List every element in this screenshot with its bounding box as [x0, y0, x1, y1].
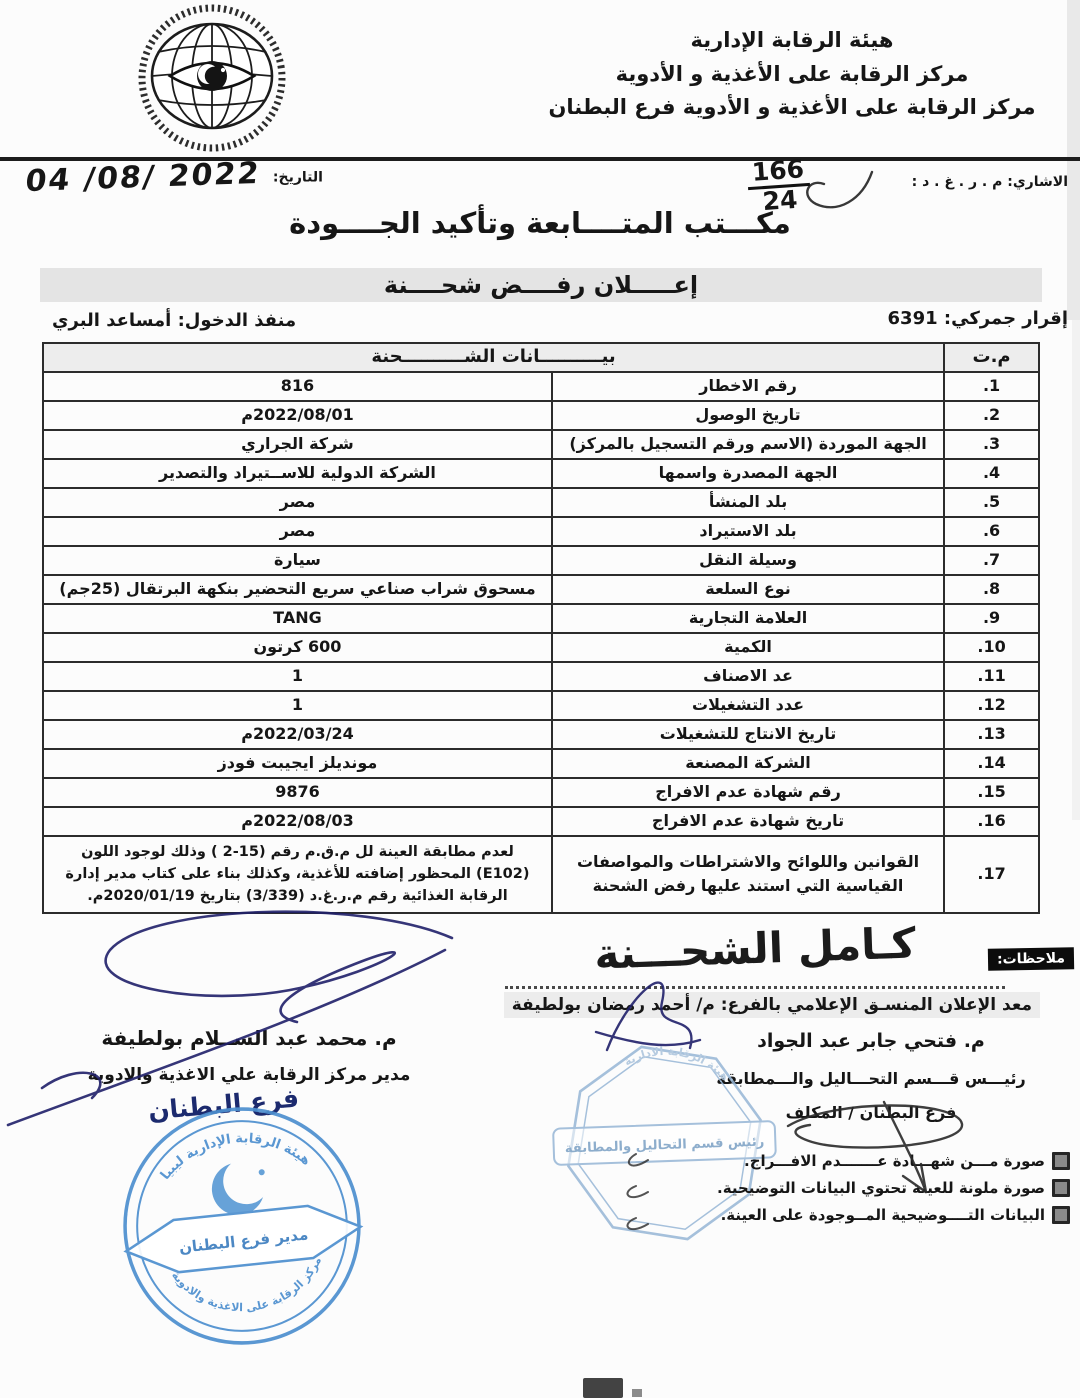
row-label: الجهة الموردة (الاسم ورقم التسجيل بالمرك…	[552, 430, 944, 459]
attachments-list: صورة مـــن شهـــادة عـــــــدم الافـــرا…	[600, 1152, 1070, 1233]
row-label: الشركة المصنعة	[552, 749, 944, 778]
row-index: 11.	[944, 662, 1039, 691]
table-row: 8. نوع السلعة مسحوق شراب صناعي سريع التح…	[43, 575, 1039, 604]
entry-port-value: أمساعد البري	[52, 310, 171, 331]
org-name-line-2: مركز الرقابة على الأغذية و الأدوية	[522, 62, 1062, 86]
row-label: تاريخ الانتاج للتشغيلات	[552, 720, 944, 749]
date-value-handwritten: 2022 /08/ 04	[24, 156, 263, 199]
row-value: مصر	[43, 517, 552, 546]
reference-number-top: 166	[746, 156, 810, 191]
director-title: مدير مركز الرقابة علي الاغذية والادوية	[58, 1065, 440, 1085]
row-index: 12.	[944, 691, 1039, 720]
octagon-stamp: هيئة الرقابة الادارية رئيس قسم التحاليل …	[516, 1011, 811, 1281]
row-index: 6.	[944, 517, 1039, 546]
table-row: 5. بلد المنشأ مصر	[43, 488, 1039, 517]
row-index: 3.	[944, 430, 1039, 459]
row-index: 5.	[944, 488, 1039, 517]
customs-declaration: إقرار جمركي: 6391	[888, 308, 1068, 329]
row-value: شركة الجراري	[43, 430, 552, 459]
row-value: 600 كرتون	[43, 633, 552, 662]
date-label: التاريخ:	[273, 170, 323, 186]
row-label: تاريخ الوصول	[552, 401, 944, 430]
attachment-item-text: صورة ملونة للعينة تحتوي البيانات التوضيح…	[717, 1179, 1045, 1197]
row-value: 1	[43, 662, 552, 691]
table-row: 2. تاريخ الوصول 2022/08/01م	[43, 401, 1039, 430]
checkbox-icon	[1052, 1152, 1070, 1170]
row-index: 10.	[944, 633, 1039, 662]
row-value: مصر	[43, 488, 552, 517]
row-index: 13.	[944, 720, 1039, 749]
table-row: 6. بلد الاستيراد مصر	[43, 517, 1039, 546]
attachment-item-text: البيانات التــــوضيحية المــوجودة على ال…	[721, 1206, 1045, 1224]
row-value: TANG	[43, 604, 552, 633]
row-value: 2022/08/01م	[43, 401, 552, 430]
row-index: 9.	[944, 604, 1039, 633]
table-row: 12. عدد التشغيلات 1	[43, 691, 1039, 720]
table-row: 7. وسيلة النقل سيارة	[43, 546, 1039, 575]
customs-declaration-label: إقرار جمركي:	[944, 308, 1068, 329]
table-row: 16. تاريخ شهادة عدم الافراج 2022/08/03م	[43, 807, 1039, 836]
row-value: 1	[43, 691, 552, 720]
table-row: 4. الجهة المصدرة واسمها الشركة الدولية ل…	[43, 459, 1039, 488]
table-row: 15. رقم شهادة عدم الافراج 9876	[43, 778, 1039, 807]
row-value: الشركة الدولية للاســتيراد والتصدير	[43, 459, 552, 488]
row-index: 15.	[944, 778, 1039, 807]
attachment-item: صورة ملونة للعينة تحتوي البيانات التوضيح…	[600, 1179, 1070, 1197]
row-label: العلامة التجارية	[552, 604, 944, 633]
scanned-document-page: هيئة الرقابة الإدارية مركز الرقابة على ا…	[0, 0, 1080, 1398]
scan-edge-artifact	[1072, 320, 1080, 820]
checkbox-icon	[1052, 1179, 1070, 1197]
director-signature-block: م. محمد عبد الســلام بولطيفة مدير مركز ا…	[58, 1026, 440, 1085]
row-index: 14.	[944, 749, 1039, 778]
row-label: عد الاصناف	[552, 662, 944, 691]
row-index: 7.	[944, 546, 1039, 575]
table-row: 1. رقم الاخطار 816	[43, 372, 1039, 401]
rejection-banner: إعـــــلان رفــــض شحــــنة	[40, 268, 1042, 302]
attachment-item-text: صورة مـــن شهـــادة عـــــــدم الافـــرا…	[744, 1152, 1045, 1170]
table-row: 14. الشركة المصنعة مونديلز ايجيبت فودز	[43, 749, 1039, 778]
row-index: 17.	[944, 836, 1039, 913]
row-value: مسحوق شراب صناعي سريع التحضير بنكهة البر…	[43, 575, 552, 604]
office-title: مكـــتب المتــــابعة وتأكيد الجــــودة	[0, 206, 1080, 240]
table-row: 17. القوانين واللوائح والاشتراطات والموا…	[43, 836, 1039, 913]
row-label: الجهة المصدرة واسمها	[552, 459, 944, 488]
row-label: بلد المنشأ	[552, 488, 944, 517]
scan-bottom-mark	[632, 1389, 642, 1397]
row-label: الكمية	[552, 633, 944, 662]
notes-label: ملاحظات:	[988, 947, 1074, 970]
row-value: لعدم مطابقة العينة لل م.ق.م رقم (15-2 ) …	[43, 836, 552, 913]
table-header-index: م.ت	[944, 343, 1039, 372]
org-name-line-3: مركز الرقابة على الأغذية و الأدوية فرع ا…	[522, 95, 1062, 119]
row-label: عدد التشغيلات	[552, 691, 944, 720]
row-label: رقم شهادة عدم الافراج	[552, 778, 944, 807]
scan-bottom-mark	[583, 1378, 623, 1398]
table-header-title: بيــــــــــانات الشــــــــــحنة	[43, 343, 944, 372]
org-name-line-1: هيئة الرقابة الإدارية	[522, 28, 1062, 52]
globe-eye-emblem-icon	[112, 4, 312, 156]
reference-label: الاشاري: م . ر . غ . د :	[912, 174, 1068, 190]
row-value: 2022/08/03م	[43, 807, 552, 836]
table-row: 9. العلامة التجارية TANG	[43, 604, 1039, 633]
round-blue-stamp: مدير فرع البطنان هيئة الرقابة الإدارية ل…	[104, 1088, 381, 1365]
table-header-row: م.ت بيــــــــــانات الشــــــــــحنة	[43, 343, 1039, 372]
row-index: 1.	[944, 372, 1039, 401]
row-index: 2.	[944, 401, 1039, 430]
table-row: 10. الكمية 600 كرتون	[43, 633, 1039, 662]
row-label: تاريخ شهادة عدم الافراج	[552, 807, 944, 836]
checkbox-icon	[1052, 1206, 1070, 1224]
entry-port: منفذ الدخول: أمساعد البري	[52, 310, 296, 331]
table-row: 11. عد الاصناف 1	[43, 662, 1039, 691]
row-label: وسيلة النقل	[552, 546, 944, 575]
row-label: رقم الاخطار	[552, 372, 944, 401]
row-index: 16.	[944, 807, 1039, 836]
row-label: بلد الاستيراد	[552, 517, 944, 546]
row-label: القوانين واللوائح والاشتراطات والمواصفات…	[552, 836, 944, 913]
entry-port-label: منفذ الدخول:	[178, 310, 297, 331]
row-index: 4.	[944, 459, 1039, 488]
director-name: م. محمد عبد الســلام بولطيفة	[58, 1026, 440, 1050]
row-value: 9876	[43, 778, 552, 807]
attachment-item: صورة مـــن شهـــادة عـــــــدم الافـــرا…	[600, 1152, 1070, 1170]
row-value: 816	[43, 372, 552, 401]
customs-declaration-value: 6391	[888, 308, 938, 329]
org-header: هيئة الرقابة الإدارية مركز الرقابة على ا…	[522, 28, 1062, 119]
row-index: 8.	[944, 575, 1039, 604]
date-line: التاريخ: 2022 /08/ 04	[26, 160, 323, 195]
attachment-item: البيانات التــــوضيحية المــوجودة على ال…	[600, 1206, 1070, 1224]
row-value: مونديلز ايجيبت فودز	[43, 749, 552, 778]
shipment-table: م.ت بيــــــــــانات الشــــــــــحنة 1.…	[42, 342, 1040, 914]
row-label: نوع السلعة	[552, 575, 944, 604]
table-row: 3. الجهة الموردة (الاسم ورقم التسجيل بال…	[43, 430, 1039, 459]
row-value: سيارة	[43, 546, 552, 575]
table-row: 13. تاريخ الانتاج للتشغيلات 2022/03/24م	[43, 720, 1039, 749]
prepared-by-line: معد الإعلان المنسـق الإعلامي بالفرع: م/ …	[504, 992, 1040, 1018]
row-value: 2022/03/24م	[43, 720, 552, 749]
